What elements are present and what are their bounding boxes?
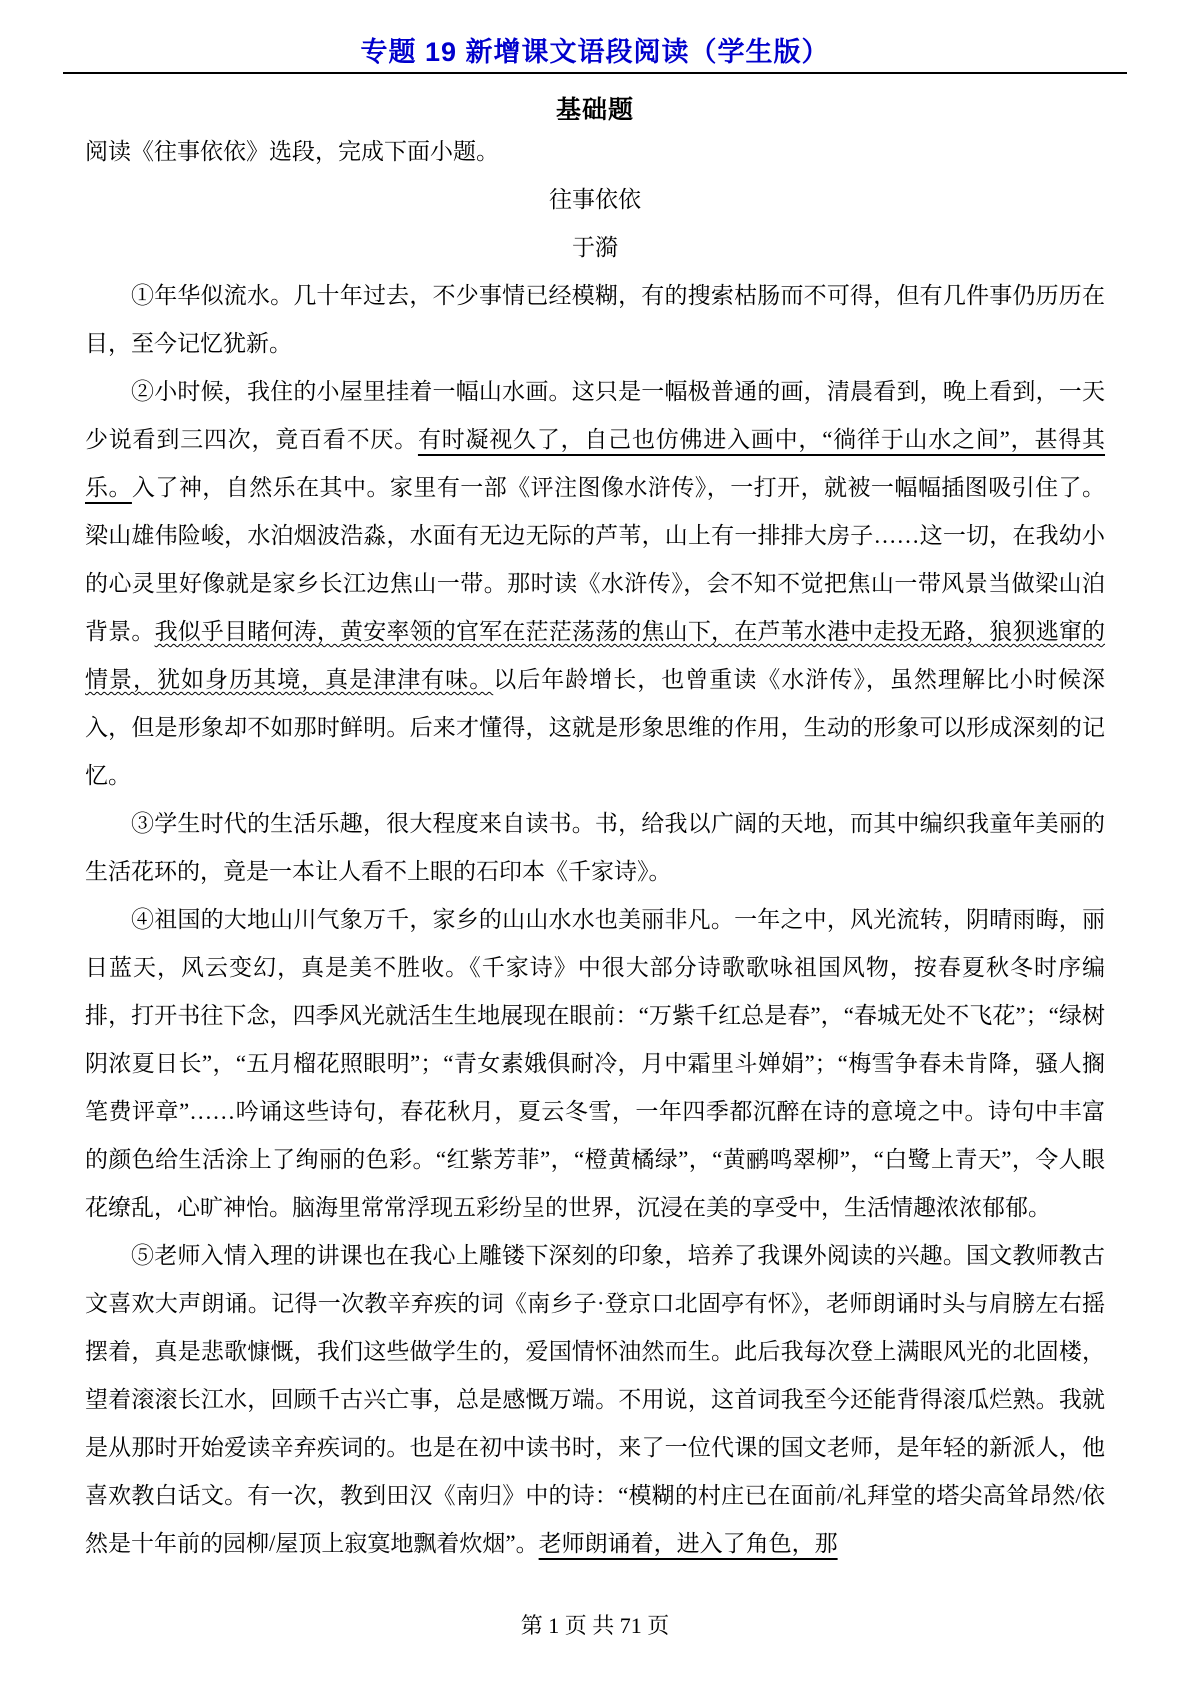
text-run: ⑤老师入情入理的讲课也在我心上雕镂下深刻的印象，培养了我课外阅读的兴趣。国文教师… (85, 1243, 1105, 1556)
header-divider-line (63, 72, 1127, 74)
article-paragraphs: ①年华似流水。几十年过去，不少事情已经模糊，有的搜索枯肠而不可得，但有几件事仍历… (85, 272, 1105, 1568)
section-heading: 基础题 (0, 90, 1190, 126)
intro-instruction: 阅读《往事依依》选段，完成下面小题。 (85, 128, 1105, 176)
page-number-footer: 第 1 页 共 71 页 (0, 1609, 1190, 1640)
paragraph: ②小时候，我住的小屋里挂着一幅山水画。这只是一幅极普通的画，清晨看到，晚上看到，… (85, 368, 1105, 800)
document-page: 专题 19 新增课文语段阅读（学生版） 基础题 阅读《往事依依》选段，完成下面小… (0, 0, 1190, 1682)
paragraph: ⑤老师入情入理的讲课也在我心上雕镂下深刻的印象，培养了我课外阅读的兴趣。国文教师… (85, 1232, 1105, 1568)
article-author: 于漪 (85, 224, 1105, 272)
underlined-run: 老师朗诵着，进入了角色，那 (539, 1531, 838, 1556)
document-body: 阅读《往事依依》选段，完成下面小题。 往事依依 于漪 ①年华似流水。几十年过去，… (85, 128, 1105, 1568)
text-run: ①年华似流水。几十年过去，不少事情已经模糊，有的搜索枯肠而不可得，但有几件事仍历… (85, 283, 1105, 356)
text-run: ④祖国的大地山川气象万千，家乡的山山水水也美丽非凡。一年之中，风光流转，阴晴雨晦… (85, 907, 1105, 1220)
document-header-title: 专题 19 新增课文语段阅读（学生版） (0, 30, 1190, 69)
text-run: ③学生时代的生活乐趣，很大程度来自读书。书，给我以广阔的天地，而其中编织我童年美… (85, 811, 1105, 884)
paragraph: ③学生时代的生活乐趣，很大程度来自读书。书，给我以广阔的天地，而其中编织我童年美… (85, 800, 1105, 896)
paragraph: ①年华似流水。几十年过去，不少事情已经模糊，有的搜索枯肠而不可得，但有几件事仍历… (85, 272, 1105, 368)
article-title: 往事依依 (85, 176, 1105, 224)
paragraph: ④祖国的大地山川气象万千，家乡的山山水水也美丽非凡。一年之中，风光流转，阴晴雨晦… (85, 896, 1105, 1232)
